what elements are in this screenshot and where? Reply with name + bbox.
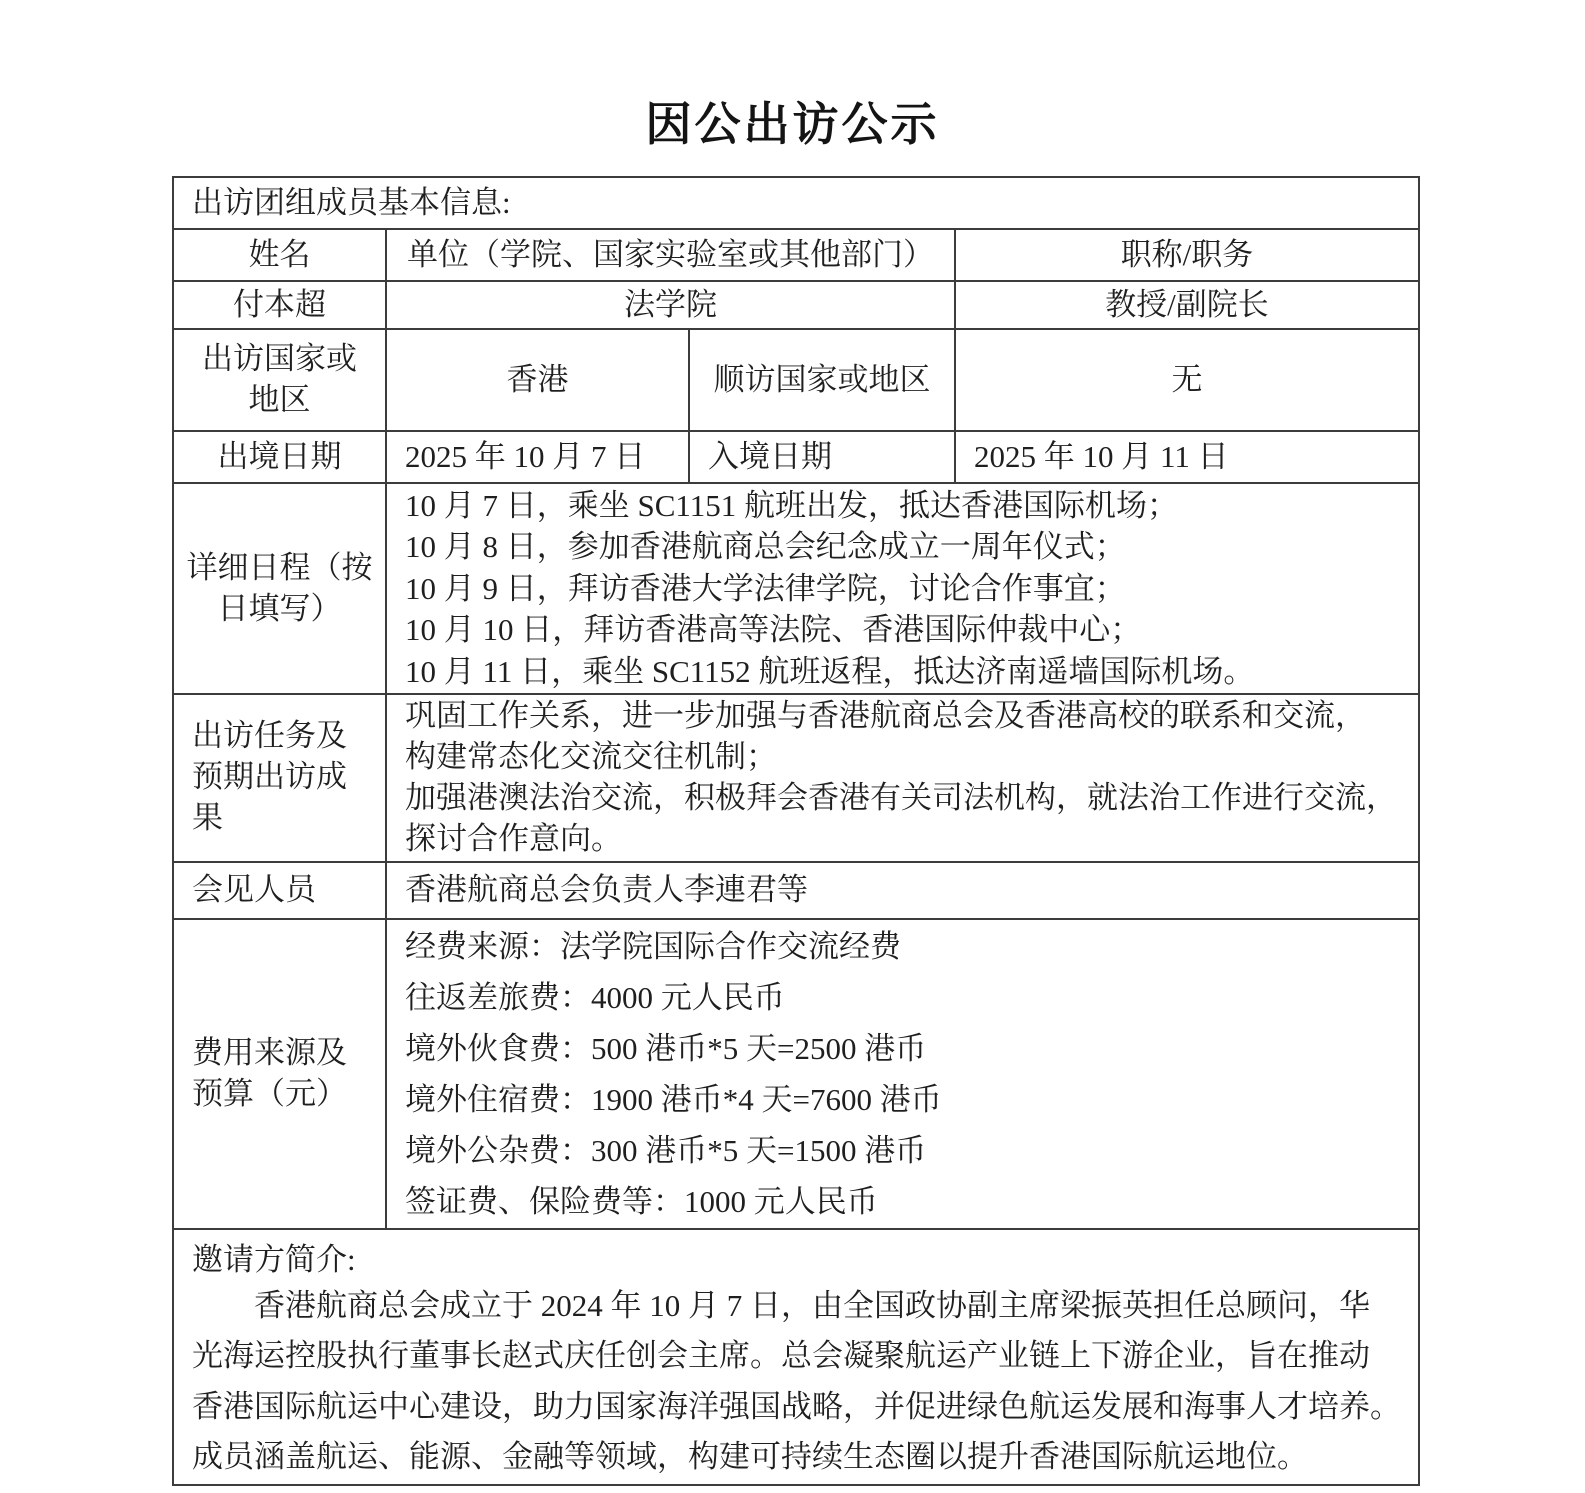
budget-line: 境外伙食费：500 港币*5 天=2500 港币: [405, 1023, 1404, 1074]
schedule-line: 10 月 8 日，参加香港航商总会纪念成立一周年仪式；: [405, 526, 1404, 567]
schedule-line: 10 月 9 日，拜访香港大学法律学院，讨论合作事宜；: [405, 568, 1404, 609]
table-row: 姓名 单位（学院、国家实验室或其他部门） 职称/职务: [173, 229, 1419, 281]
schedule-label-cell: 详细日程（按 日填写）: [173, 483, 386, 694]
travel-notice-table: 出访团组成员基本信息: 姓名 单位（学院、国家实验室或其他部门） 职称/职务 付…: [172, 176, 1420, 1486]
inviter-cell: 邀请方简介: 香港航商总会成立于 2024 年 10 月 7 日，由全国政协副主…: [173, 1229, 1419, 1485]
budget-line: 境外住宿费：1900 港币*4 天=7600 港币: [405, 1074, 1404, 1125]
table-row: 出访团组成员基本信息:: [173, 177, 1419, 229]
side-visit-value-cell: 无: [955, 329, 1419, 431]
tasks-label-cell: 出访任务及 预期出访成 果: [173, 694, 386, 862]
table-row: 出境日期 2025 年 10 月 7 日 入境日期 2025 年 10 月 11…: [173, 431, 1419, 483]
tasks-content-cell: 巩固工作关系，进一步加强与香港航商总会及香港高校的联系和交流， 构建常态化交流交…: [386, 694, 1419, 862]
page-title: 因公出访公示: [0, 93, 1585, 157]
schedule-lines: 10 月 7 日，乘坐 SC1151 航班出发，抵达香港国际机场；10 月 8 …: [405, 485, 1404, 692]
member-name-cell: 付本超: [173, 281, 386, 329]
schedule-line: 10 月 7 日，乘坐 SC1151 航班出发，抵达香港国际机场；: [405, 485, 1404, 526]
header-title-cell: 职称/职务: [955, 229, 1419, 281]
table-row: 费用来源及 预算（元） 经费来源：法学院国际合作交流经费往返差旅费：4000 元…: [173, 919, 1419, 1229]
table-row: 付本超 法学院 教授/副院长: [173, 281, 1419, 329]
destination-label-cell: 出访国家或 地区: [173, 329, 386, 431]
inviter-label: 邀请方简介:: [192, 1240, 1404, 1281]
member-unit-cell: 法学院: [386, 281, 955, 329]
header-name-cell: 姓名: [173, 229, 386, 281]
budget-lines: 经费来源：法学院国际合作交流经费往返差旅费：4000 元人民币境外伙食费：500…: [405, 921, 1404, 1227]
entry-date-value-cell: 2025 年 10 月 11 日: [955, 431, 1419, 483]
table-row: 会见人员 香港航商总会负责人李連君等: [173, 862, 1419, 919]
budget-line: 签证费、保险费等：1000 元人民币: [405, 1176, 1404, 1227]
entry-date-label-cell: 入境日期: [689, 431, 955, 483]
header-unit-cell: 单位（学院、国家实验室或其他部门）: [386, 229, 955, 281]
budget-line: 往返差旅费：4000 元人民币: [405, 972, 1404, 1023]
inviter-paragraph: 香港航商总会成立于 2024 年 10 月 7 日，由全国政协副主席梁振英担任总…: [192, 1281, 1404, 1483]
side-visit-label-cell: 顺访国家或地区: [689, 329, 955, 431]
schedule-line: 10 月 10 日，拜访香港高等法院、香港国际仲裁中心；: [405, 609, 1404, 650]
exit-date-value-cell: 2025 年 10 月 7 日: [386, 431, 689, 483]
budget-label-cell: 费用来源及 预算（元）: [173, 919, 386, 1229]
table-row: 出访任务及 预期出访成 果 巩固工作关系，进一步加强与香港航商总会及香港高校的联…: [173, 694, 1419, 862]
schedule-content-cell: 10 月 7 日，乘坐 SC1151 航班出发，抵达香港国际机场；10 月 8 …: [386, 483, 1419, 694]
section-header-cell: 出访团组成员基本信息:: [173, 177, 1419, 229]
destination-value-cell: 香港: [386, 329, 689, 431]
budget-line: 经费来源：法学院国际合作交流经费: [405, 921, 1404, 972]
table-row: 详细日程（按 日填写） 10 月 7 日，乘坐 SC1151 航班出发，抵达香港…: [173, 483, 1419, 694]
budget-line: 境外公杂费：300 港币*5 天=1500 港币: [405, 1125, 1404, 1176]
exit-date-label-cell: 出境日期: [173, 431, 386, 483]
meeting-value-cell: 香港航商总会负责人李連君等: [386, 862, 1419, 919]
table-row: 出访国家或 地区 香港 顺访国家或地区 无: [173, 329, 1419, 431]
table-row: 邀请方简介: 香港航商总会成立于 2024 年 10 月 7 日，由全国政协副主…: [173, 1229, 1419, 1485]
member-title-cell: 教授/副院长: [955, 281, 1419, 329]
schedule-line: 10 月 11 日，乘坐 SC1152 航班返程，抵达济南遥墙国际机场。: [405, 651, 1404, 692]
meeting-label-cell: 会见人员: [173, 862, 386, 919]
budget-content-cell: 经费来源：法学院国际合作交流经费往返差旅费：4000 元人民币境外伙食费：500…: [386, 919, 1419, 1229]
